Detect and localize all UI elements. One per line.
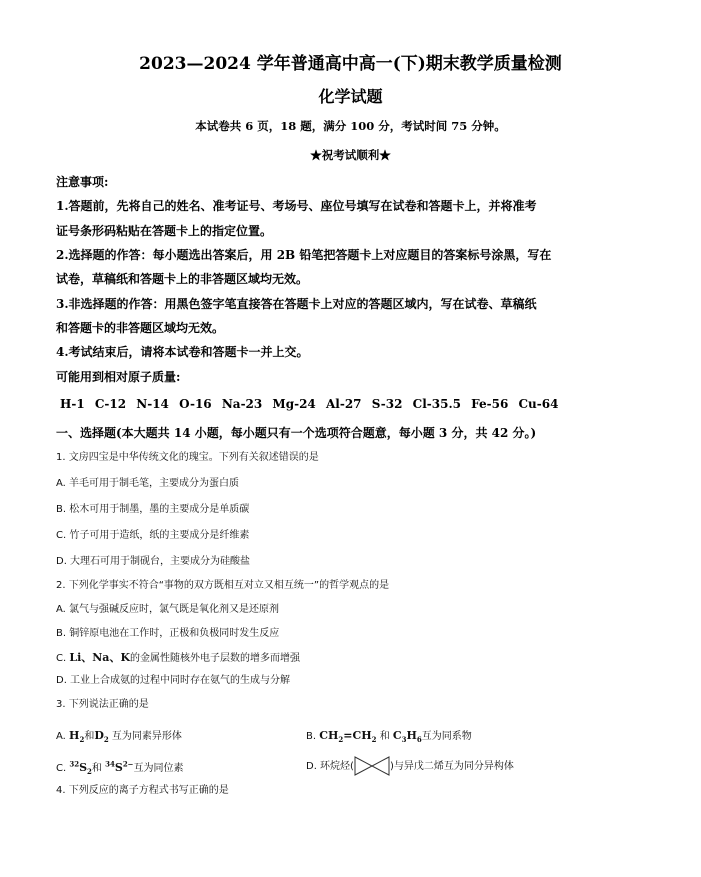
mass-number: 34 bbox=[105, 759, 115, 768]
option-label: D. 环烷烃( bbox=[306, 761, 354, 772]
option-label: C. bbox=[56, 653, 69, 664]
formula-symbol: CH bbox=[352, 729, 371, 742]
section-title: 一、选择题(本大题共 14 小题，每小题只有一个选项符合题意，每小题 3 分，共… bbox=[56, 427, 536, 439]
option-c: C. 32S2和 34S2−互为同位素 bbox=[56, 762, 184, 774]
notes-heading: 注意事项: bbox=[56, 176, 108, 188]
formula-subscript: 2 bbox=[104, 735, 109, 744]
exam-wish: ★祝考试顺利★ bbox=[0, 150, 701, 162]
question-stem: 2. 下列化学事实不符合“事物的双方既相互对立又相互统一”的哲学观点的是 bbox=[56, 581, 389, 591]
note-item: 4.考试结束后，请将本试卷和答题卡一并上交。 bbox=[56, 346, 309, 358]
exam-info: 本试卷共 6 页，18 题，满分 100 分，考试时间 75 分钟。 bbox=[0, 121, 701, 133]
formula-c3h6: C3H6 bbox=[393, 729, 422, 742]
spiro-cycloalkane-structure-icon bbox=[354, 756, 390, 776]
option-d: D. 环烷烃( )与异戊二烯互为同分异构体 bbox=[306, 756, 514, 776]
question-stem: 3. 下列说法正确的是 bbox=[56, 700, 149, 710]
option-text: 互为同位素 bbox=[134, 763, 184, 774]
note-item: 和答题卡的非答题区域均无效。 bbox=[56, 322, 224, 334]
option-b: B. CH2=CH2 和 C3H6互为同系物 bbox=[306, 730, 472, 742]
conjunction: 和 bbox=[92, 763, 102, 774]
option-b: B. 铜锌原电池在工作时，正极和负极同时发生反应 bbox=[56, 629, 279, 639]
formula-symbol: S bbox=[79, 761, 87, 774]
option-a: A. 氯气与强碱反应时，氯气既是氧化剂又是还原剂 bbox=[56, 605, 279, 615]
option-b: B. 松木可用于制墨，墨的主要成分是单质碳 bbox=[56, 505, 249, 515]
option-c: C. Li、Na、K的金属性随核外电子层数的增多而增强 bbox=[56, 652, 300, 664]
option-c: C. 竹子可用于造纸，纸的主要成分是纤维素 bbox=[56, 531, 249, 541]
option-label: C. bbox=[56, 763, 69, 774]
option-label: A. bbox=[56, 731, 69, 742]
formula-symbol: S bbox=[115, 761, 123, 774]
note-item: 证号条形码粘贴在答题卡上的指定位置。 bbox=[56, 225, 272, 237]
formula-symbol: D bbox=[94, 729, 104, 742]
option-d: D. 大理石可用于制砚台，主要成分为硅酸盐 bbox=[56, 557, 250, 567]
conjunction: 和 bbox=[380, 731, 390, 742]
atomic-mass-heading: 可能用到相对原子质量: bbox=[56, 371, 180, 383]
option-label: B. bbox=[306, 731, 319, 742]
option-d: D. 工业上合成氨的过程中同时存在氨气的生成与分解 bbox=[56, 676, 290, 686]
chem-elements: Li、Na、K bbox=[69, 651, 130, 664]
formula-32s2: 32S2 bbox=[69, 761, 92, 774]
option-text: 互为同素异形体 bbox=[112, 731, 182, 742]
option-text: )与异戊二烯互为同分异构体 bbox=[390, 761, 514, 772]
exam-subject: 化学试题 bbox=[0, 89, 701, 105]
conjunction: 和 bbox=[84, 731, 94, 742]
formula-d2: D2 bbox=[94, 729, 108, 742]
note-item: 3.非选择题的作答：用黑色签字笔直接答在答题卡上对应的答题区域内，写在试卷、草稿… bbox=[56, 298, 537, 310]
note-item: 试卷，草稿纸和答题卡上的非答题区域均无效。 bbox=[56, 273, 308, 285]
ion-charge: 2− bbox=[123, 759, 134, 768]
option-a: A. H2和D2 互为同素异形体 bbox=[56, 730, 182, 742]
mass-number: 32 bbox=[69, 759, 79, 768]
formula-symbol: C bbox=[393, 729, 402, 742]
atomic-mass-values: H-1 C-12 N-14 O-16 Na-23 Mg-24 Al-27 S-3… bbox=[60, 398, 558, 410]
exam-title: 2023—2024 学年普通高中高一(下)期末教学质量检测 bbox=[0, 56, 701, 73]
option-text: 互为同系物 bbox=[422, 731, 472, 742]
formula-subscript: 2 bbox=[372, 735, 377, 744]
option-text: 的金属性随核外电子层数的增多而增强 bbox=[130, 653, 300, 664]
formula-symbol: H bbox=[407, 729, 417, 742]
formula-34s-ion: 34S2− bbox=[105, 761, 133, 774]
option-a: A. 羊毛可用于制毛笔，主要成分为蛋白质 bbox=[56, 479, 239, 489]
question-stem: 4. 下列反应的离子方程式书写正确的是 bbox=[56, 786, 229, 796]
question-stem: 1. 文房四宝是中华传统文化的瑰宝。下列有关叙述错误的是 bbox=[56, 453, 319, 463]
formula-h2: H2 bbox=[69, 729, 84, 742]
formula-symbol: H bbox=[69, 729, 79, 742]
note-item: 1.答题前，先将自己的姓名、准考证号、考场号、座位号填写在试卷和答题卡上，并将准… bbox=[56, 200, 537, 212]
formula-symbol: CH bbox=[319, 729, 338, 742]
formula-ethylene: CH2=CH2 bbox=[319, 729, 376, 742]
note-item: 2.选择题的作答：每小题选出答案后，用 2B 铅笔把答题卡上对应题目的答案标号涂… bbox=[56, 249, 551, 261]
